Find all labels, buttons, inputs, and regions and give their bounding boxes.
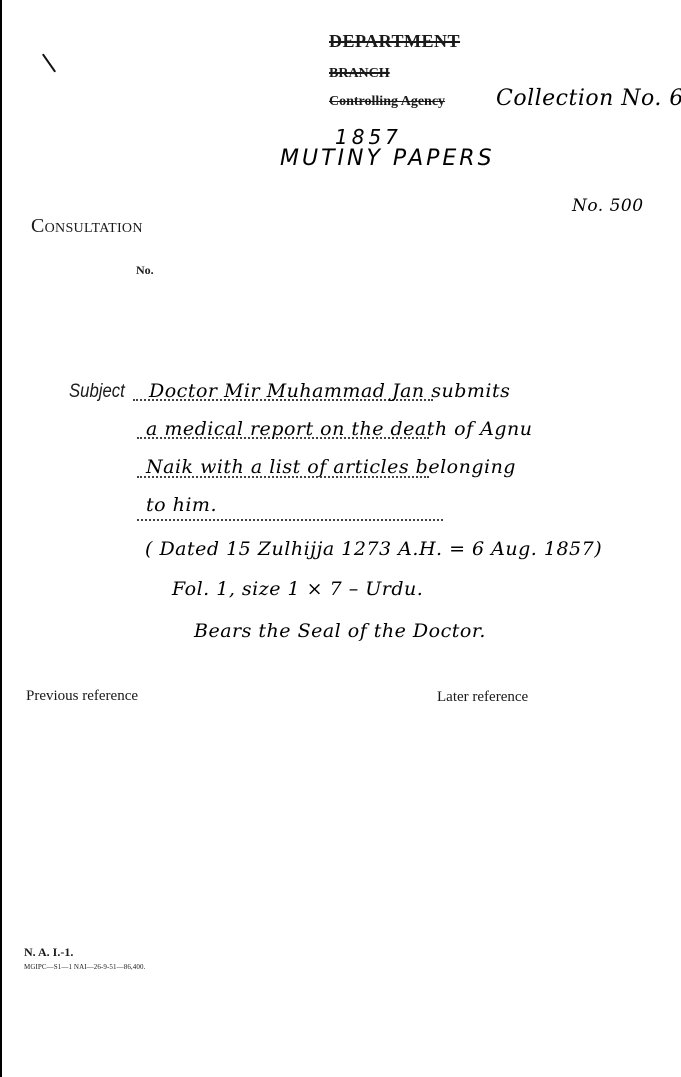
controlling-agency-label: Controlling Agency bbox=[329, 94, 445, 110]
collection-number: Collection No. 60 bbox=[496, 86, 681, 111]
series-title: MUTINY PAPERS bbox=[280, 146, 495, 171]
pen-stroke-mark bbox=[42, 53, 56, 72]
form-id: N. A. I.-1. bbox=[24, 945, 73, 960]
subject-dotted-line bbox=[137, 519, 443, 521]
previous-reference-label: Previous reference bbox=[26, 688, 138, 705]
record-number: No. 500 bbox=[572, 196, 644, 216]
later-reference-label: Later reference bbox=[437, 689, 528, 706]
subject-line: a medical report on the death of Agnu bbox=[146, 418, 533, 440]
consultation-heading: Consultation bbox=[31, 215, 143, 238]
print-line: MGIPC—S1—1 NAI—26-9-51—86,400. bbox=[24, 963, 145, 971]
subject-line: to him. bbox=[146, 494, 217, 516]
dated-note: ( Dated 15 Zulhijja 1273 A.H. = 6 Aug. 1… bbox=[145, 538, 602, 560]
consultation-number-label: No. bbox=[136, 263, 154, 278]
seal-note: Bears the Seal of the Doctor. bbox=[194, 620, 486, 642]
subject-line: Naik with a list of articles belonging bbox=[146, 456, 516, 478]
subject-label: Subject bbox=[69, 381, 125, 403]
branch-label: BRANCH bbox=[329, 66, 390, 82]
scan-left-edge bbox=[0, 0, 2, 1077]
department-label: DEPARTMENT bbox=[329, 31, 460, 52]
folio-note: Fol. 1, size 1 × 7 – Urdu. bbox=[172, 578, 423, 600]
subject-line: Doctor Mir Muhammad Jan submits bbox=[149, 380, 510, 402]
